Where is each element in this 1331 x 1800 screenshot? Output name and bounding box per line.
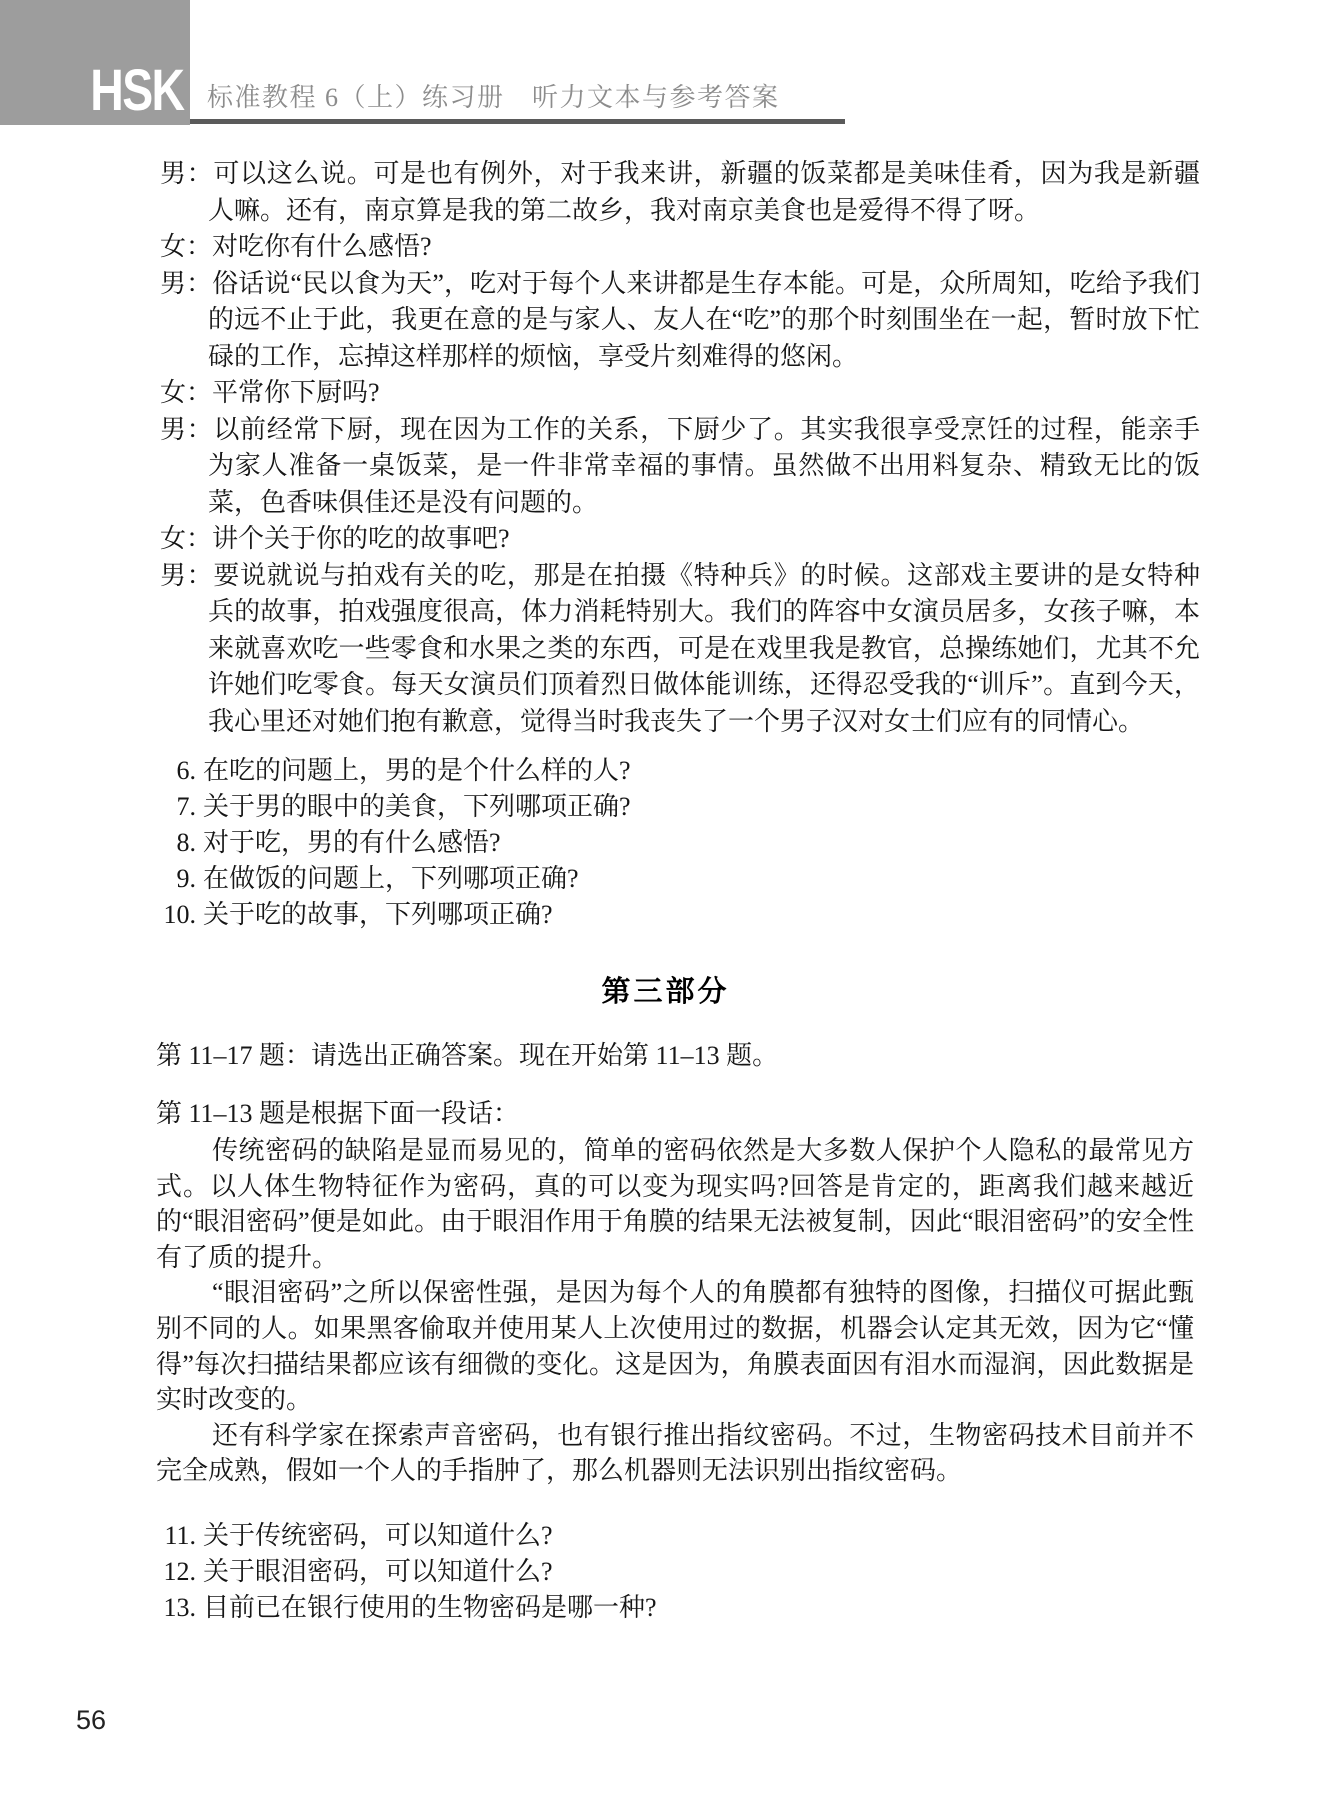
part3-instruction: 第 11–17 题：请选出正确答案。现在开始第 11–13 题。 (156, 1038, 1200, 1074)
question-item: 13.目前已在银行使用的生物密码是哪一种? (156, 1590, 1200, 1626)
question-item: 11.关于传统密码，可以知道什么? (156, 1518, 1200, 1554)
speaker-label: 男： (160, 561, 213, 590)
questions-11-13: 11.关于传统密码，可以知道什么?12.关于眼泪密码，可以知道什么?13.目前已… (156, 1518, 1200, 1626)
speaker-label: 女： (160, 378, 212, 407)
header-title: 标准教程 6（上）练习册 听力文本与参考答案 (207, 84, 780, 113)
speaker-label: 女： (160, 524, 212, 553)
passage: 传统密码的缺陷是显而易见的，简单的密码依然是大多数人保护个人隐私的最常见方式。以… (156, 1133, 1194, 1489)
dialogue-turn: 男：可以这么说。可是也有例外，对于我来讲，新疆的饭菜都是美味佳肴，因为我是新疆人… (160, 156, 1200, 229)
dialogue-turn: 女：对吃你有什么感悟? (160, 229, 1200, 266)
passage-paragraph: 还有科学家在探索声音密码，也有银行推出指纹密码。不过，生物密码技术目前并不完全成… (156, 1418, 1194, 1489)
question-text: 关于传统密码，可以知道什么? (203, 1521, 553, 1550)
question-text: 目前已在银行使用的生物密码是哪一种? (203, 1593, 657, 1622)
question-number: 13. (156, 1590, 196, 1626)
question-text: 在吃的问题上，男的是个什么样的人? (203, 756, 631, 785)
question-item: 7.关于男的眼中的美食，下列哪项正确? (156, 789, 1200, 825)
dialogue-turn: 男：以前经常下厨，现在因为工作的关系，下厨少了。其实我很享受烹饪的过程，能亲手为… (160, 412, 1200, 522)
question-text: 对于吃，男的有什么感悟? (203, 828, 501, 857)
question-text: 关于眼泪密码，可以知道什么? (203, 1557, 553, 1586)
question-item: 12.关于眼泪密码，可以知道什么? (156, 1554, 1200, 1590)
dialogue-turn: 男：俗话说“民以食为天”，吃对于每个人来讲都是生存本能。可是，众所周知，吃给予我… (160, 266, 1200, 376)
question-text: 在做饭的问题上，下列哪项正确? (203, 864, 579, 893)
page-number: 56 (76, 1706, 106, 1736)
question-item: 9.在做饭的问题上，下列哪项正确? (156, 861, 1200, 897)
dialogue-transcript: 男：可以这么说。可是也有例外，对于我来讲，新疆的饭菜都是美味佳肴，因为我是新疆人… (160, 156, 1200, 740)
dialogue-turn: 女：讲个关于你的吃的故事吧? (160, 521, 1200, 558)
part3-title: 第三部分 (0, 974, 1331, 1010)
textbook-page: HSK 标准教程 6（上）练习册 听力文本与参考答案 男：可以这么说。可是也有例… (0, 0, 1331, 1800)
speaker-label: 男： (160, 269, 212, 298)
question-number: 7. (156, 789, 196, 825)
question-text: 关于男的眼中的美食，下列哪项正确? (203, 792, 631, 821)
question-number: 12. (156, 1554, 196, 1590)
header-rule (190, 119, 845, 124)
question-number: 6. (156, 753, 196, 789)
question-number: 10. (156, 897, 196, 933)
hsk-logo-block: HSK (0, 0, 190, 125)
question-text: 关于吃的故事，下列哪项正确? (203, 900, 553, 929)
question-item: 8.对于吃，男的有什么感悟? (156, 825, 1200, 861)
question-number: 8. (156, 825, 196, 861)
speaker-label: 男： (160, 159, 213, 188)
hsk-logo: HSK (90, 62, 183, 120)
question-number: 11. (156, 1518, 196, 1554)
passage-intro: 第 11–13 题是根据下面一段话： (156, 1096, 1200, 1132)
passage-paragraph: “眼泪密码”之所以保密性强，是因为每个人的角膜都有独特的图像，扫描仪可据此甄别不… (156, 1275, 1194, 1417)
questions-6-10: 6.在吃的问题上，男的是个什么样的人?7.关于男的眼中的美食，下列哪项正确?8.… (156, 753, 1200, 933)
passage-paragraph: 传统密码的缺陷是显而易见的，简单的密码依然是大多数人保护个人隐私的最常见方式。以… (156, 1133, 1194, 1275)
dialogue-turn: 女：平常你下厨吗? (160, 375, 1200, 412)
question-item: 6.在吃的问题上，男的是个什么样的人? (156, 753, 1200, 789)
speaker-label: 男： (160, 415, 213, 444)
dialogue-turn: 男：要说就说与拍戏有关的吃，那是在拍摄《特种兵》的时候。这部戏主要讲的是女特种兵… (160, 558, 1200, 741)
question-item: 10.关于吃的故事，下列哪项正确? (156, 897, 1200, 933)
speaker-label: 女： (160, 232, 212, 261)
question-number: 9. (156, 861, 196, 897)
